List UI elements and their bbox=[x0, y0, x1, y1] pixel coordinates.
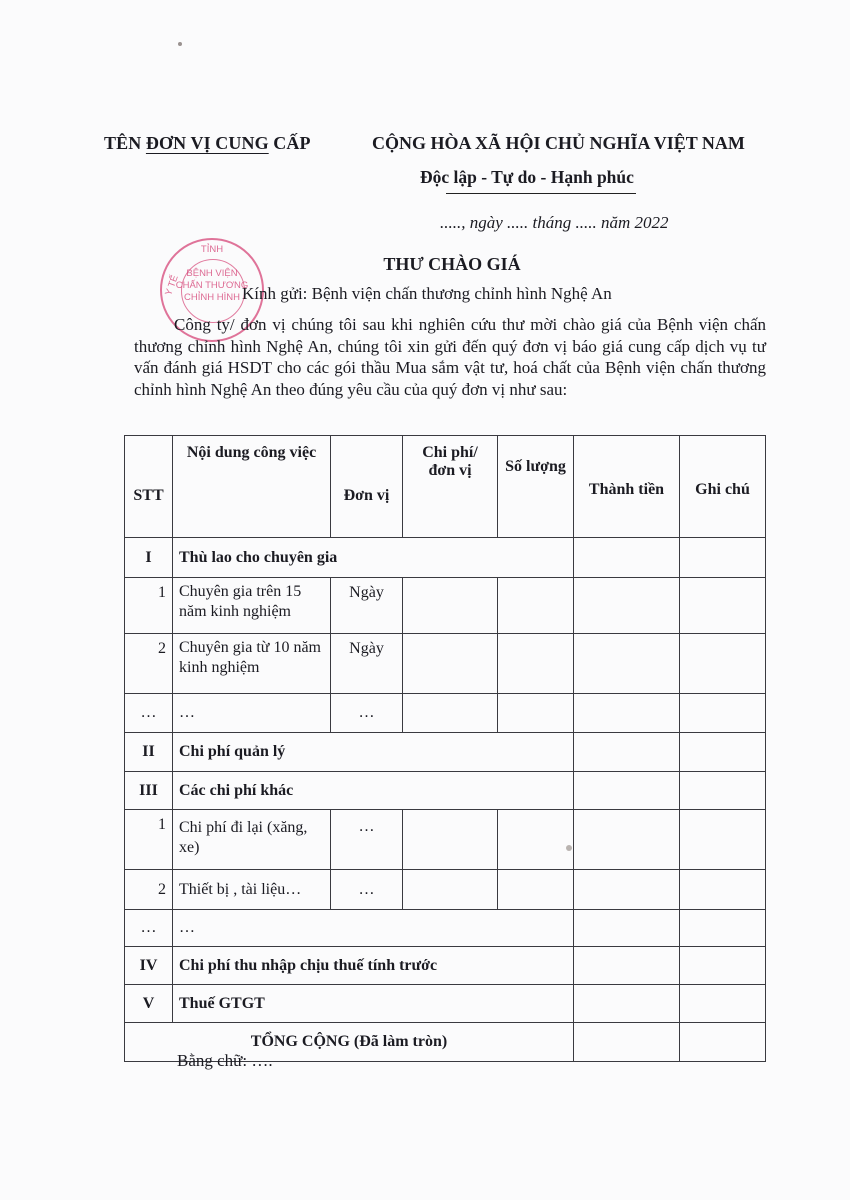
row-content: … bbox=[173, 910, 574, 947]
note-cell[interactable] bbox=[680, 578, 766, 634]
national-motto: Độc lập - Tự do - Hạnh phúc bbox=[420, 167, 634, 188]
row-unit: … bbox=[331, 870, 403, 910]
table-row: 1 Chuyên gia trên 15 năm kinh nghiệm Ngà… bbox=[125, 578, 766, 634]
col-header-unit-cost: Chi phí/đơn vị bbox=[403, 436, 498, 538]
row-content: Chi phí quản lý bbox=[173, 733, 574, 772]
paper-speck bbox=[178, 42, 182, 46]
unit-cost-cell[interactable] bbox=[403, 578, 498, 634]
row-content: … bbox=[173, 694, 331, 733]
motto-underline bbox=[446, 193, 636, 194]
row-stt: 2 bbox=[125, 634, 173, 694]
row-stt: 1 bbox=[125, 578, 173, 634]
row-content: Chi phí đi lại (xăng, xe) bbox=[173, 810, 331, 870]
sender-unit-label: TÊN ĐƠN VỊ CUNG CẤP bbox=[104, 133, 311, 154]
quantity-cell[interactable] bbox=[498, 634, 574, 694]
table-row: V Thuế GTGT bbox=[125, 985, 766, 1023]
table-row: 1 Chi phí đi lại (xăng, xe) … bbox=[125, 810, 766, 870]
amount-cell[interactable] bbox=[574, 772, 680, 810]
note-cell[interactable] bbox=[680, 538, 766, 578]
letter-title: THƯ CHÀO GIÁ bbox=[0, 254, 850, 275]
letter-body: Công ty/ đơn vị chúng tôi sau khi nghiên… bbox=[134, 314, 766, 400]
unit-cost-cell[interactable] bbox=[403, 810, 498, 870]
quantity-cell[interactable] bbox=[498, 578, 574, 634]
amount-cell[interactable] bbox=[574, 985, 680, 1023]
row-unit: Ngày bbox=[331, 634, 403, 694]
amount-cell[interactable] bbox=[574, 870, 680, 910]
note-cell[interactable] bbox=[680, 634, 766, 694]
row-content: Các chi phí khác bbox=[173, 772, 574, 810]
total-amount-cell[interactable] bbox=[574, 1023, 680, 1062]
row-stt: II bbox=[125, 733, 173, 772]
amount-cell[interactable] bbox=[574, 810, 680, 870]
unit-cost-cell[interactable] bbox=[403, 634, 498, 694]
col-header-stt: STT bbox=[125, 436, 173, 538]
table-row: II Chi phí quản lý bbox=[125, 733, 766, 772]
row-unit: Ngày bbox=[331, 578, 403, 634]
row-content: Thiết bị , tài liệu… bbox=[173, 870, 331, 910]
unit-cost-cell[interactable] bbox=[403, 870, 498, 910]
table-row: I Thù lao cho chuyên gia bbox=[125, 538, 766, 578]
row-stt: IV bbox=[125, 947, 173, 985]
row-content: Thù lao cho chuyên gia bbox=[173, 538, 574, 578]
row-stt: 1 bbox=[125, 810, 173, 870]
amount-cell[interactable] bbox=[574, 694, 680, 733]
amount-cell[interactable] bbox=[574, 910, 680, 947]
row-stt: … bbox=[125, 910, 173, 947]
date-line: ....., ngày ..... tháng ..... năm 2022 bbox=[440, 213, 669, 233]
note-cell[interactable] bbox=[680, 810, 766, 870]
row-stt: 2 bbox=[125, 870, 173, 910]
amount-cell[interactable] bbox=[574, 947, 680, 985]
salutation: Kính gửi: Bệnh viện chấn thương chỉnh hì… bbox=[242, 284, 612, 304]
row-stt: I bbox=[125, 538, 173, 578]
col-header-unit: Đơn vị bbox=[331, 436, 403, 538]
total-note-cell[interactable] bbox=[680, 1023, 766, 1062]
amount-cell[interactable] bbox=[574, 578, 680, 634]
note-cell[interactable] bbox=[680, 772, 766, 810]
note-cell[interactable] bbox=[680, 694, 766, 733]
row-stt: III bbox=[125, 772, 173, 810]
note-cell[interactable] bbox=[680, 985, 766, 1023]
row-unit: … bbox=[331, 694, 403, 733]
row-stt: … bbox=[125, 694, 173, 733]
quantity-cell[interactable] bbox=[498, 870, 574, 910]
national-title: CỘNG HÒA XÃ HỘI CHỦ NGHĨA VIỆT NAM bbox=[372, 133, 745, 154]
quantity-cell[interactable] bbox=[498, 694, 574, 733]
price-quote-table: STT Nội dung công việc Đơn vị Chi phí/đơ… bbox=[124, 435, 766, 1062]
row-stt: V bbox=[125, 985, 173, 1023]
amount-cell[interactable] bbox=[574, 634, 680, 694]
table-row: … … … bbox=[125, 694, 766, 733]
unit-cost-cell[interactable] bbox=[403, 694, 498, 733]
table-header-row: STT Nội dung công việc Đơn vị Chi phí/đơ… bbox=[125, 436, 766, 538]
col-header-content: Nội dung công việc bbox=[173, 436, 331, 538]
row-content: Chuyên gia trên 15 năm kinh nghiệm bbox=[173, 578, 331, 634]
amount-cell[interactable] bbox=[574, 538, 680, 578]
amount-in-words: Bằng chữ: …. bbox=[177, 1051, 273, 1071]
table-row: III Các chi phí khác bbox=[125, 772, 766, 810]
table-row: … … bbox=[125, 910, 766, 947]
row-content: Chi phí thu nhập chịu thuế tính trước bbox=[173, 947, 574, 985]
note-cell[interactable] bbox=[680, 947, 766, 985]
note-cell[interactable] bbox=[680, 910, 766, 947]
table-row: 2 Chuyên gia từ 10 năm kinh nghiệm Ngày bbox=[125, 634, 766, 694]
note-cell[interactable] bbox=[680, 870, 766, 910]
col-header-note: Ghi chú bbox=[680, 436, 766, 538]
quantity-cell[interactable] bbox=[498, 810, 574, 870]
note-cell[interactable] bbox=[680, 733, 766, 772]
row-unit: … bbox=[331, 810, 403, 870]
col-header-amount: Thành tiền bbox=[574, 436, 680, 538]
table-row: 2 Thiết bị , tài liệu… … bbox=[125, 870, 766, 910]
amount-cell[interactable] bbox=[574, 733, 680, 772]
row-content: Chuyên gia từ 10 năm kinh nghiệm bbox=[173, 634, 331, 694]
row-content: Thuế GTGT bbox=[173, 985, 574, 1023]
table-row: IV Chi phí thu nhập chịu thuế tính trước bbox=[125, 947, 766, 985]
col-header-quantity: Số lượng bbox=[498, 436, 574, 538]
